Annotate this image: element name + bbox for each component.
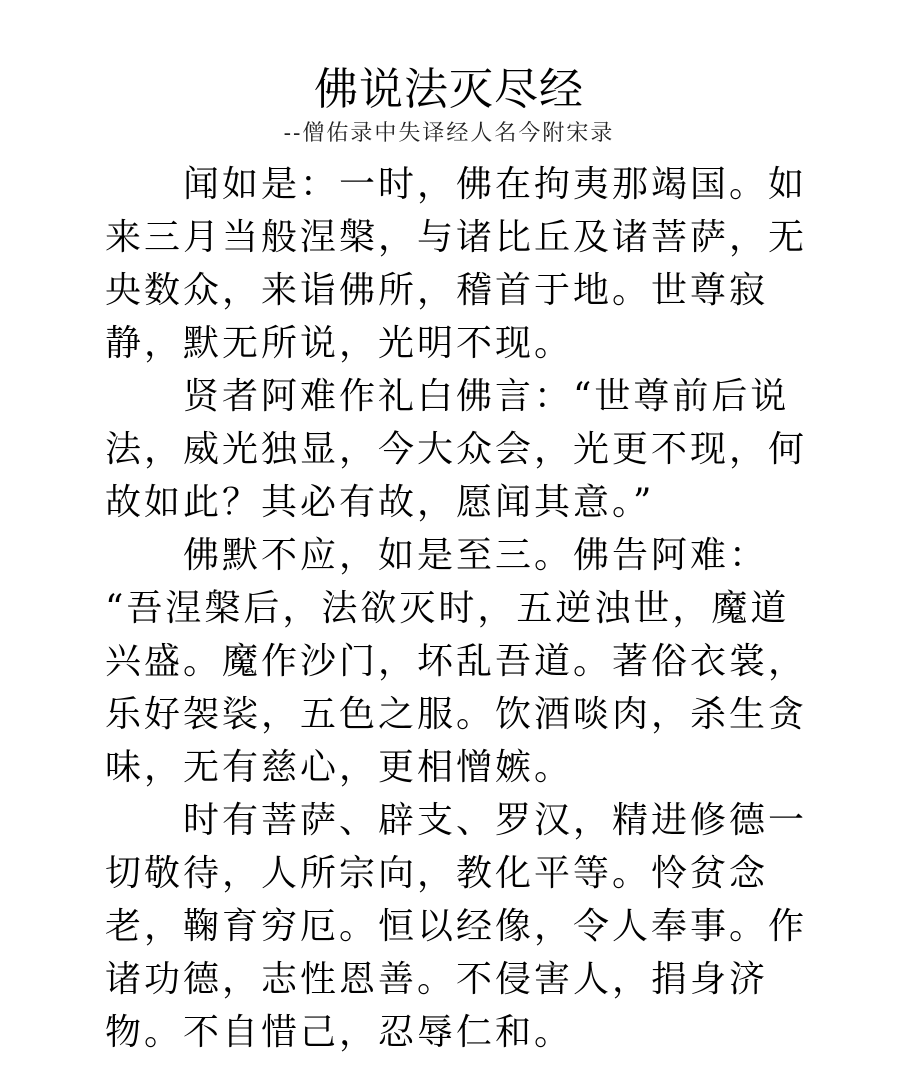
paragraph-3-line-3: 兴盛。魔作沙门，坏乱吾道。著俗衣裳，: [105, 635, 825, 688]
paragraph-1-line-3: 央数众，来诣佛所，稽首于地。世尊寂: [105, 264, 825, 317]
paragraph-3-line-1: 佛默不应，如是至三。佛告阿难：: [105, 529, 825, 582]
paragraph-4-line-5: 物。不自惜己，忍辱仁和。: [105, 1006, 825, 1059]
paragraph-4-line-4: 诸功德，志性恩善。不侵害人，捐身济: [105, 953, 825, 1006]
paragraph-2-line-2: 法，威光独显，今大众会，光更不现，何: [105, 423, 825, 476]
paragraph-4-line-2: 切敬待，人所宗向，教化平等。怜贫念: [105, 847, 825, 900]
document-subtitle: --僧佑录中失译经人名今附宋录: [0, 120, 898, 148]
document-title: 佛说法灭尽经: [0, 62, 898, 118]
paragraph-3-line-4: 乐好袈裟，五色之服。饮酒啖肉，杀生贪: [105, 688, 825, 741]
paragraph-3-line-5: 味，无有慈心，更相憎嫉。: [105, 741, 825, 794]
paragraph-4-line-1: 时有菩萨、辟支、罗汉，精进修德一: [105, 794, 825, 847]
document-body: 闻如是：一时，佛在拘夷那竭国。如 来三月当般涅槃，与诸比丘及诸菩萨，无 央数众，…: [105, 158, 825, 1059]
paragraph-2-line-1: 贤者阿难作礼白佛言：“世尊前后说: [105, 370, 825, 423]
document-page: 佛说法灭尽经 --僧佑录中失译经人名今附宋录 闻如是：一时，佛在拘夷那竭国。如 …: [0, 0, 898, 1086]
paragraph-1-line-2: 来三月当般涅槃，与诸比丘及诸菩萨，无: [105, 211, 825, 264]
paragraph-4-line-3: 老，鞠育穷厄。恒以经像，令人奉事。作: [105, 900, 825, 953]
paragraph-1-line-4: 静，默无所说，光明不现。: [105, 317, 825, 370]
paragraph-3-line-2: “吾涅槃后，法欲灭时，五逆浊世，魔道: [105, 582, 825, 635]
paragraph-1-line-1: 闻如是：一时，佛在拘夷那竭国。如: [105, 158, 825, 211]
paragraph-2-line-3: 故如此？其必有故，愿闻其意。”: [105, 476, 825, 529]
